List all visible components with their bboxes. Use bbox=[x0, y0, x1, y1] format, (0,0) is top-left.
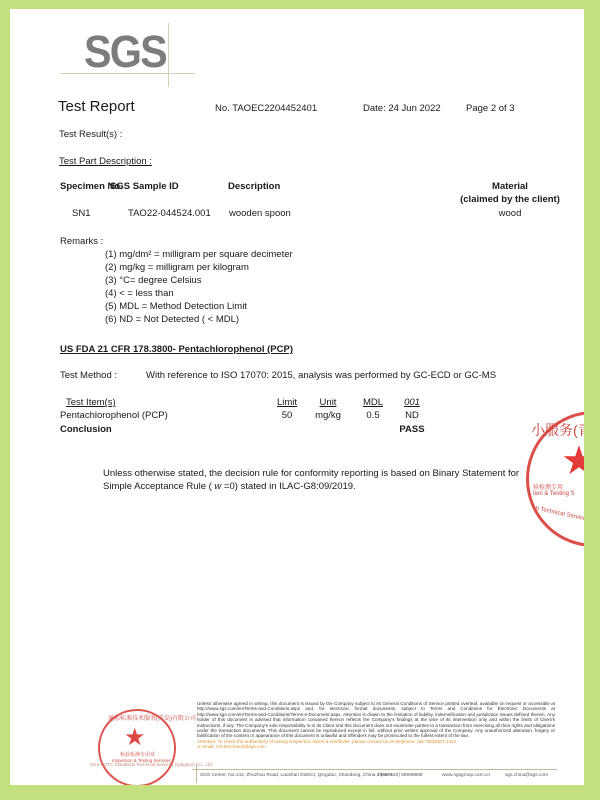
star-icon: ★ bbox=[561, 438, 584, 484]
remark-item: (5) MDL = Method Detection Limit bbox=[105, 301, 247, 312]
col-material-note: (claimed by the client) bbox=[450, 194, 570, 205]
remark-item: (6) ND = Not Detected ( < MDL) bbox=[105, 314, 239, 325]
star-icon: ★ bbox=[124, 723, 146, 752]
stamp-text: tion & Testing S bbox=[533, 491, 575, 497]
report-page: SGS Test Report No. TAOEC2204452401 Date… bbox=[10, 9, 584, 785]
unit-value: mg/kg bbox=[313, 410, 343, 421]
col-unit: Unit bbox=[313, 397, 343, 408]
sgs-logo: SGS bbox=[84, 26, 166, 78]
footer-divider bbox=[192, 769, 557, 770]
test-method-label: Test Method : bbox=[60, 370, 117, 381]
description: wooden spoon bbox=[229, 208, 291, 219]
stamp-text: 小服务(青 bbox=[531, 420, 584, 440]
footer-telephone: t (86–532) 68999888 bbox=[378, 773, 423, 778]
remark-item: (1) mg/dm² = milligram per square decime… bbox=[105, 249, 293, 260]
report-date: Date: 24 Jun 2022 bbox=[363, 103, 441, 114]
page-number: Page 2 of 3 bbox=[466, 103, 515, 114]
attention-email[interactable]: or email: CN.Doccheck@sgs.com bbox=[197, 744, 266, 749]
col-material: Material bbox=[450, 181, 570, 192]
stamp-text: h Technical Service bbox=[535, 506, 584, 523]
limit-value: 50 bbox=[272, 410, 302, 421]
footer-divider-vertical bbox=[196, 765, 197, 783]
decision-rule-text: =0) stated in ILAC-G8:09/2019. bbox=[221, 481, 355, 492]
sgs-sample-id: TAO22-044524.001 bbox=[128, 208, 211, 219]
mdl-value: 0.5 bbox=[358, 410, 388, 421]
decision-rule-line1: Unless otherwise stated, the decision ru… bbox=[103, 468, 519, 479]
col-mdl: MDL bbox=[358, 397, 388, 408]
report-number: No. TAOEC2204452401 bbox=[215, 103, 317, 114]
test-part-heading: Test Part Description : bbox=[59, 156, 152, 167]
remarks-label: Remarks : bbox=[60, 236, 103, 247]
official-stamp-left: 通标标准技术服务(青岛)有限公司 ★ 检验检测专用章 Inspection & … bbox=[98, 709, 176, 785]
conclusion-value: PASS bbox=[390, 424, 434, 435]
col-description: Description bbox=[228, 181, 280, 192]
conclusion-label: Conclusion bbox=[60, 424, 112, 435]
attention-text: Attention: To check the authenticity of … bbox=[197, 739, 457, 744]
footer-fine-print: Unless otherwise agreed in writing, this… bbox=[197, 701, 555, 750]
section-heading: US FDA 21 CFR 178.3800- Pentachloropheno… bbox=[60, 344, 293, 355]
material: wood bbox=[450, 208, 570, 219]
test-method-text: With reference to ISO 17070: 2015, analy… bbox=[146, 370, 496, 381]
remark-item: (2) mg/kg = milligram per kilogram bbox=[105, 262, 249, 273]
stamp-text: 通标标准技术服务(青岛)有限公司 bbox=[108, 713, 196, 722]
col-sample-001: 001 bbox=[397, 397, 427, 408]
col-sgs-sample-id: SGS Sample ID bbox=[110, 181, 179, 192]
decision-rule-line2: Simple Acceptance Rule ( w =0) stated in… bbox=[103, 481, 356, 492]
terms-text: Unless otherwise agreed in writing, this… bbox=[197, 701, 555, 738]
footer-email[interactable]: sgs.china@sgs.com bbox=[505, 773, 548, 778]
col-limit: Limit bbox=[272, 397, 302, 408]
logo-divider-horizontal bbox=[60, 73, 195, 74]
remark-item: (3) °C= degree Celsius bbox=[105, 275, 201, 286]
specimen-no: SN1 bbox=[72, 208, 90, 219]
test-item-name: Pentachlorophenol (PCP) bbox=[60, 410, 168, 421]
report-title: Test Report bbox=[58, 98, 135, 115]
col-test-item: Test Item(s) bbox=[66, 397, 116, 408]
stamp-text: 检验检测专用章 bbox=[120, 751, 155, 758]
official-stamp-right: 小服务(青 ★ 验检测专用 tion & Testing S h Technic… bbox=[526, 411, 584, 547]
footer-address: SGS Center, No.143, Zhuzhou Road, Laosha… bbox=[200, 773, 393, 778]
sample-result: ND bbox=[397, 410, 427, 421]
footer-website[interactable]: www.sgsgroup.com.cn bbox=[442, 773, 490, 778]
remark-item: (4) < = less than bbox=[105, 288, 174, 299]
logo-divider-vertical bbox=[168, 23, 169, 87]
decision-rule-text: Simple Acceptance Rule ( bbox=[103, 481, 214, 492]
stamp-text: 验检测专用 bbox=[533, 482, 563, 491]
stamp-company-text: SGS-CSTC Standards Technical Services (Q… bbox=[90, 762, 213, 767]
test-results-label: Test Result(s) : bbox=[59, 129, 122, 140]
